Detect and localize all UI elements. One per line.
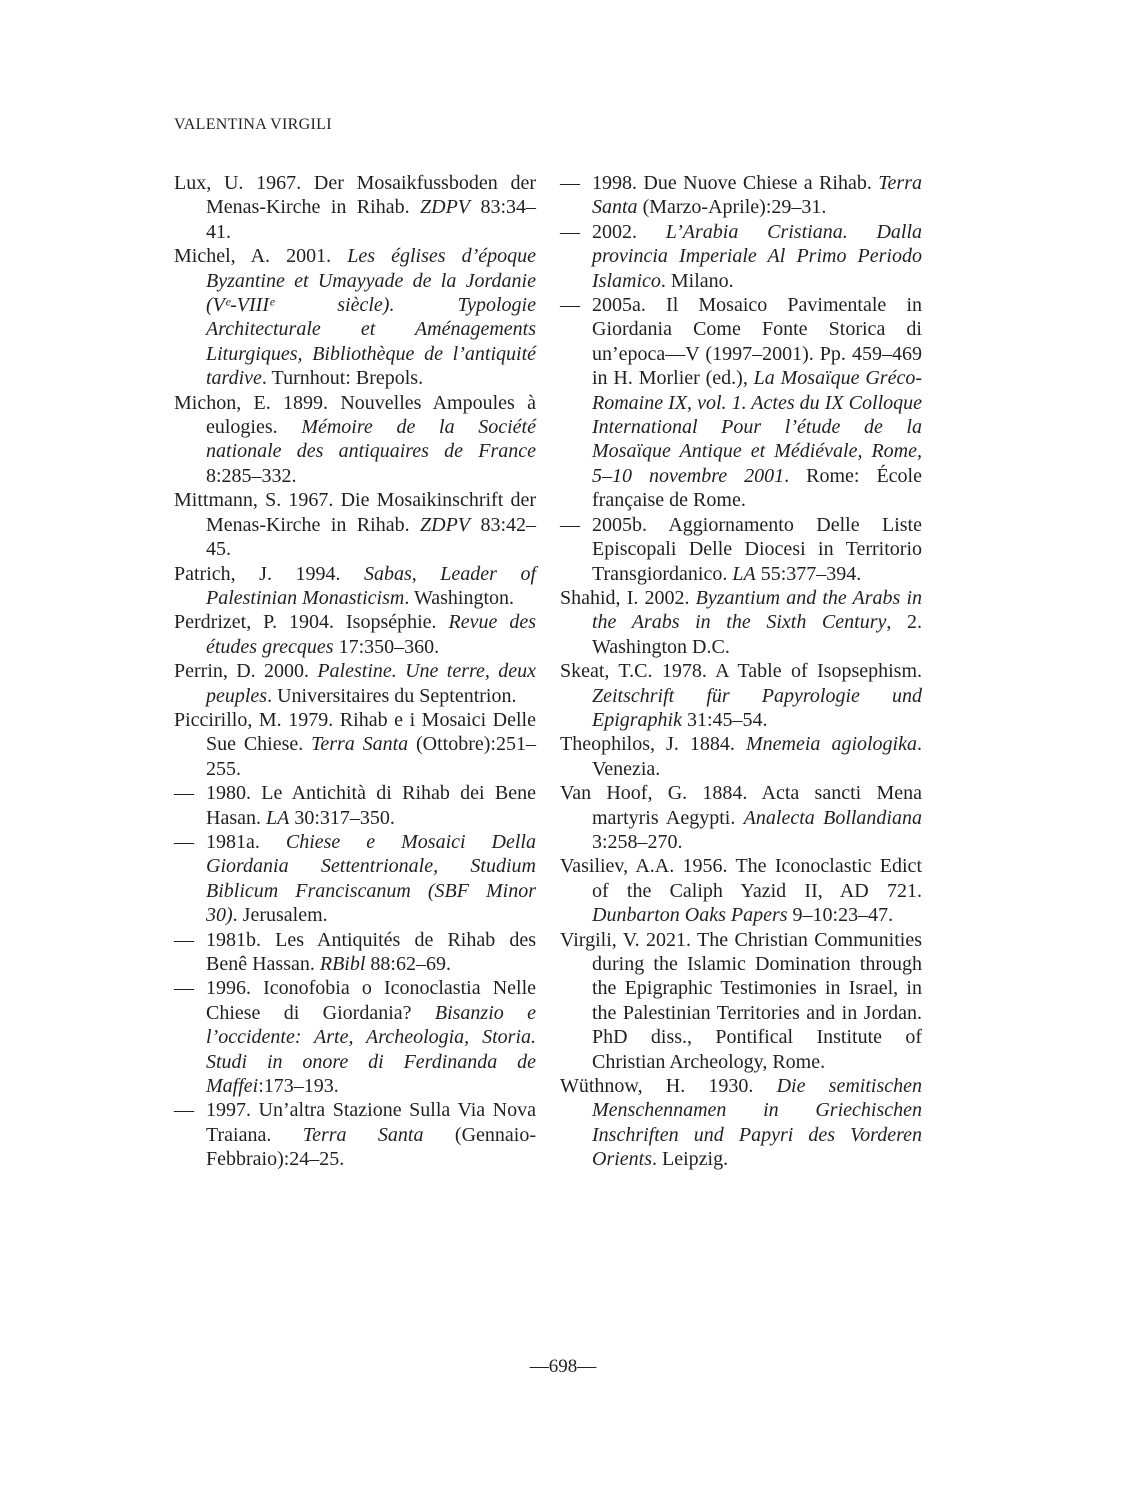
bibliography-entry: —2005a. Il Mosaico Pavimentale in Giorda… bbox=[560, 293, 922, 513]
bibliography-entry: Perrin, D. 2000. Palestine. Une terre, d… bbox=[174, 659, 536, 708]
bibliography-entry: Patrich, J. 1994. Sabas, Leader of Pales… bbox=[174, 562, 536, 611]
bibliography-entry: —1980. Le Antichità di Rihab dei Bene Ha… bbox=[174, 781, 536, 830]
running-head: VALENTINA VIRGILI bbox=[174, 116, 332, 134]
ditto-dash: — bbox=[560, 513, 592, 537]
bibliography-column-right: —1998. Due Nuove Chiese a Rihab. Terra S… bbox=[560, 171, 922, 1172]
bibliography-entry: Vasiliev, A.A. 1956. The Iconoclastic Ed… bbox=[560, 854, 922, 927]
bibliography-entry: —1981b. Les Antiquités de Rihab des Benê… bbox=[174, 928, 536, 977]
ditto-dash: — bbox=[174, 1098, 206, 1122]
ditto-dash: — bbox=[174, 830, 206, 854]
bibliography-entry: —1998. Due Nuove Chiese a Rihab. Terra S… bbox=[560, 171, 922, 220]
bibliography-entry: —2002. L’Arabia Cristiana. Dalla provinc… bbox=[560, 220, 922, 293]
bibliography-entry: Michel, A. 2001. Les églises d’époque By… bbox=[174, 244, 536, 390]
ditto-dash: — bbox=[174, 976, 206, 1000]
ditto-dash: — bbox=[560, 293, 592, 317]
ditto-dash: — bbox=[560, 171, 592, 195]
bibliography-entry: Lux, U. 1967. Der Mosaikfussboden der Me… bbox=[174, 171, 536, 244]
bibliography-entry: Shahid, I. 2002. Byzantium and the Arabs… bbox=[560, 586, 922, 659]
bibliography-entry: Van Hoof, G. 1884. Acta sancti Mena mart… bbox=[560, 781, 922, 854]
bibliography-entry: Wüthnow, H. 1930. Die semitischen Mensch… bbox=[560, 1074, 922, 1172]
bibliography-entry: —1997. Un’altra Stazione Sulla Via Nova … bbox=[174, 1098, 536, 1171]
bibliography-entry: —1981a. Chiese e Mosaici Della Giordania… bbox=[174, 830, 536, 928]
bibliography-entry: Mittmann, S. 1967. Die Mosaikinschrift d… bbox=[174, 488, 536, 561]
bibliography-entry: —2005b. Aggiornamento Delle Liste Episco… bbox=[560, 513, 922, 586]
bibliography-entry: Piccirillo, M. 1979. Rihab e i Mosaici D… bbox=[174, 708, 536, 781]
bibliography-entry: Perdrizet, P. 1904. Isopséphie. Revue de… bbox=[174, 610, 536, 659]
ditto-dash: — bbox=[174, 928, 206, 952]
bibliography-entry: Virgili, V. 2021. The Christian Communit… bbox=[560, 928, 922, 1074]
ditto-dash: — bbox=[174, 781, 206, 805]
ditto-dash: — bbox=[560, 220, 592, 244]
page-number: —698— bbox=[0, 1356, 1126, 1378]
bibliography-column-left: Lux, U. 1967. Der Mosaikfussboden der Me… bbox=[174, 171, 536, 1172]
bibliography-entry: Skeat, T.C. 1978. A Table of Isopsephism… bbox=[560, 659, 922, 732]
bibliography-entry: Michon, E. 1899. Nouvelles Ampoules à eu… bbox=[174, 391, 536, 489]
bibliography-entry: —1996. Iconofobia o Iconoclastia Nelle C… bbox=[174, 976, 536, 1098]
bibliography-entry: Theophilos, J. 1884. Mnemeia agiologika.… bbox=[560, 732, 922, 781]
